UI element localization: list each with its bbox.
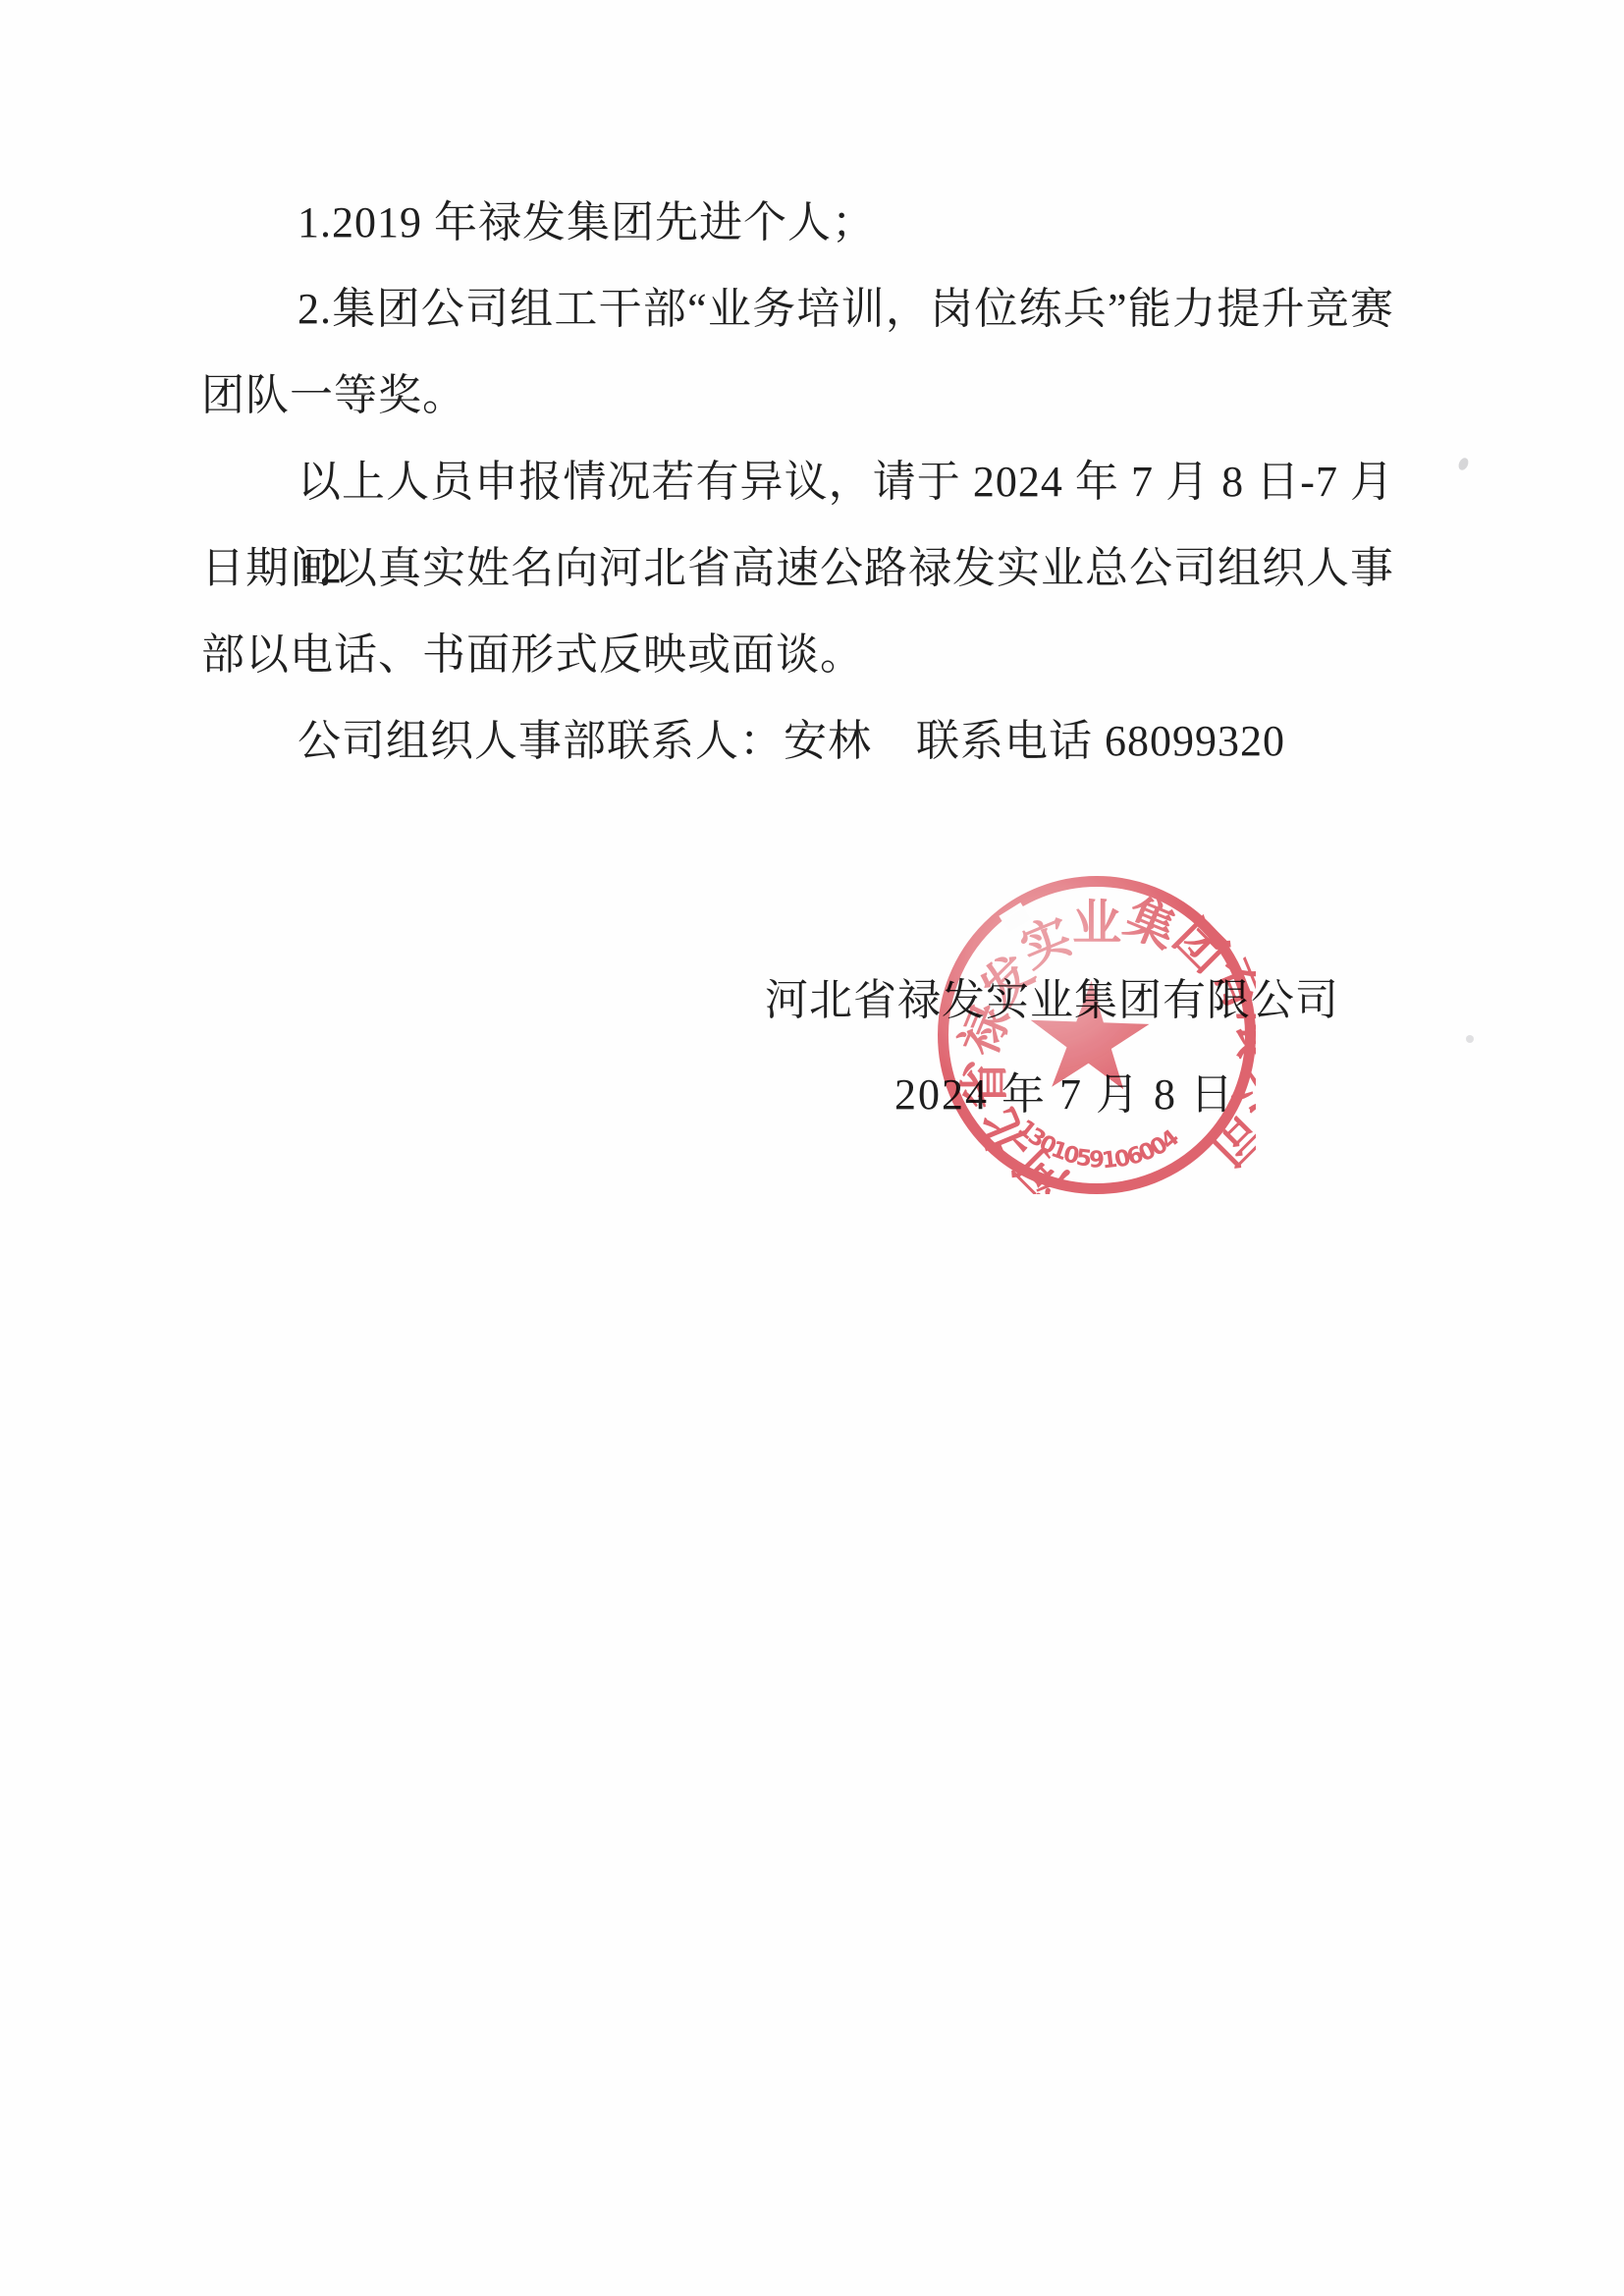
document-page: 1.2019 年禄发集团先进个人；2.集团公司组工干部“业务培训，岗位练兵”能力… [0,0,1624,2296]
document-line: 以上人员申报情况若有异议，请于 2024 年 7 月 8 日-7 月 12 [201,439,1394,525]
seal-ring-char: 业 [1072,899,1121,948]
document-line: 日期间以真实姓名向河北省高速公路禄发实业总公司组织人事 [201,525,1394,612]
scan-speck [1466,1035,1474,1043]
document-line: 1.2019 年禄发集团先进个人； [201,180,1394,266]
company-seal-stamp: 河北省禄发实业集团有限公司 1301059106004 [938,876,1256,1194]
document-line: 团队一等奖。 [201,353,1394,439]
document-line: 公司组织人事部联系人：安林 联系电话 68099320 [201,698,1394,785]
document-body: 1.2019 年禄发集团先进个人；2.集团公司组工干部“业务培训，岗位练兵”能力… [201,180,1394,785]
scan-speck [1457,457,1471,472]
seal-ring-char: 省 [960,1060,1009,1109]
document-line: 部以电话、书面形式反映或面谈。 [201,612,1394,698]
document-line: 2.集团公司组工干部“业务培训，岗位练兵”能力提升竞赛 [201,266,1394,353]
